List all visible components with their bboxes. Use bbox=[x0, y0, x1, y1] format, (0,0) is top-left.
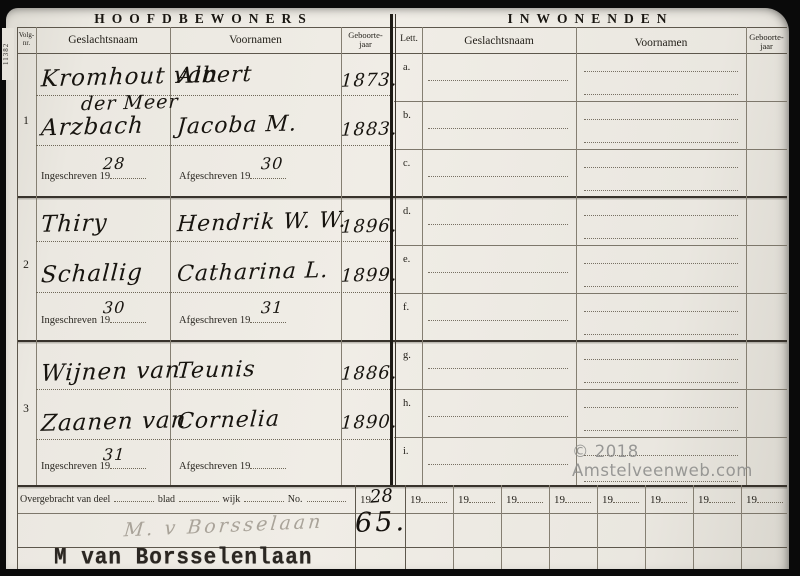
ingeschreven-text: Ingeschreven 19 bbox=[41, 461, 110, 472]
resident-record-row: 1 Kromhout van der Meer Arzbach Albert J… bbox=[17, 53, 390, 197]
entry-dotted-line bbox=[428, 272, 568, 273]
entry-dotted-line bbox=[584, 190, 738, 191]
grid-line bbox=[17, 27, 787, 28]
dotted-leader bbox=[757, 493, 783, 503]
dotted-leader bbox=[565, 493, 591, 503]
surname-entry: Wijnen van bbox=[40, 357, 181, 387]
dotted-leader bbox=[469, 493, 495, 503]
column-header-geslachtsnaam-right: Geslachtsnaam bbox=[422, 35, 576, 47]
lodger-row: g. bbox=[394, 341, 787, 389]
blad-label: blad bbox=[158, 494, 175, 505]
column-header-geboortejaar-left: Geboorte- jaar bbox=[341, 31, 390, 49]
entry-dotted-line bbox=[428, 416, 568, 417]
entry-dotted-line bbox=[428, 80, 568, 81]
birthyear-entry: 1873. bbox=[340, 69, 398, 92]
entry-dotted-line bbox=[584, 238, 738, 239]
year-column-cell: 19 bbox=[602, 493, 646, 506]
register-page: 11382 HOOFDBEWONERS INWONENDEN Volg- nr.… bbox=[6, 8, 789, 569]
lodger-letter: b. bbox=[403, 110, 411, 121]
column-header-voornamen-left: Voornamen bbox=[170, 34, 341, 46]
dotted-leader bbox=[244, 492, 283, 502]
lodger-letter: h. bbox=[403, 398, 411, 409]
dotted-leader bbox=[307, 492, 346, 502]
year-column-cell: 19 bbox=[506, 493, 550, 506]
ingeschreven-label: Ingeschreven 19 bbox=[41, 459, 146, 472]
resident-record-row: 2 Thiry Schallig Hendrik W. W. Catharina… bbox=[17, 197, 390, 341]
dotted-leader bbox=[179, 492, 218, 502]
column-header-geboortejaar-right: Geboorte- jaar bbox=[746, 33, 787, 51]
ingeschreven-text: Ingeschreven 19 bbox=[41, 171, 110, 182]
entry-dotted-line bbox=[36, 292, 390, 293]
ingeschreven-label: Ingeschreven 19 bbox=[41, 169, 146, 182]
surname-entry: Zaanen van bbox=[40, 407, 187, 437]
lodger-letter: a. bbox=[403, 62, 410, 73]
geboortejaar-right-line2: jaar bbox=[746, 42, 787, 51]
record-number: 3 bbox=[17, 403, 35, 415]
transfer-origin-row: Overgebracht van deel blad wijk No. bbox=[20, 492, 350, 505]
entry-dotted-line bbox=[36, 439, 390, 440]
entry-dotted-line bbox=[584, 359, 738, 360]
firstname-entry: Jacoba M. bbox=[176, 111, 298, 139]
lodger-letter: c. bbox=[403, 158, 410, 169]
column-header-lett: Lett. bbox=[396, 34, 422, 44]
entry-dotted-line bbox=[584, 119, 738, 120]
birthyear-entry: 1890. bbox=[340, 411, 398, 434]
surname-entry-continued: der Meer bbox=[80, 91, 179, 116]
watermark: © 2018 Amstelveenweb.com bbox=[572, 442, 789, 480]
column-header-voornamen-right: Voornamen bbox=[576, 37, 746, 49]
year-column-cell: 19 bbox=[410, 493, 454, 506]
entry-dotted-line bbox=[428, 224, 568, 225]
entry-dotted-line bbox=[584, 71, 738, 72]
section-title-hoofdbewoners: HOOFDBEWONERS bbox=[17, 11, 390, 27]
surname-entry: Thiry bbox=[40, 210, 108, 238]
year-label: 19 bbox=[458, 494, 469, 506]
afgeschreven-text: Afgeschreven 19 bbox=[179, 461, 250, 472]
year-label: 19 bbox=[554, 494, 565, 506]
firstname-entry: Cornelia bbox=[176, 407, 280, 435]
entry-dotted-line bbox=[584, 382, 738, 383]
lodger-row: b. bbox=[394, 101, 787, 149]
entry-dotted-line bbox=[428, 128, 568, 129]
entry-dotted-line bbox=[36, 145, 390, 146]
year-label: 19 bbox=[602, 494, 613, 506]
resident-record-row: 3 Wijnen van Zaanen van Teunis Cornelia … bbox=[17, 341, 390, 486]
column-header-geslachtsnaam-left: Geslachtsnaam bbox=[36, 34, 170, 46]
year-label: 19 bbox=[746, 494, 757, 506]
ingeschreven-year-entry: 28 bbox=[102, 154, 126, 174]
lodger-row: h. bbox=[394, 389, 787, 437]
no-label: No. bbox=[288, 494, 303, 505]
entry-dotted-line bbox=[584, 167, 738, 168]
dotted-leader bbox=[421, 493, 447, 503]
afgeschreven-text: Afgeschreven 19 bbox=[179, 171, 250, 182]
record-number: 2 bbox=[17, 259, 35, 271]
column-header-volgnr-line2: nr. bbox=[17, 40, 36, 48]
street-name-stamp: M van Borsselenlaan bbox=[54, 546, 312, 571]
ingeschreven-text: Ingeschreven 19 bbox=[41, 315, 110, 326]
house-number-entry: 65. bbox=[354, 506, 407, 539]
birthyear-entry: 1886. bbox=[340, 362, 398, 385]
record-number: 1 bbox=[17, 115, 35, 127]
entry-dotted-line bbox=[584, 94, 738, 95]
entry-dotted-line bbox=[584, 430, 738, 431]
transfer-year-entry: 28 bbox=[369, 485, 393, 508]
pencil-street-note: M. v Borsselaan bbox=[123, 511, 324, 542]
section-title-inwonenden: INWONENDEN bbox=[394, 11, 787, 27]
scanned-register-sheet: 11382 HOOFDBEWONERS INWONENDEN Volg- nr.… bbox=[0, 0, 800, 576]
dotted-leader bbox=[250, 459, 286, 469]
year-label: 19 bbox=[410, 494, 421, 506]
dotted-leader bbox=[517, 493, 543, 503]
entry-dotted-line bbox=[428, 368, 568, 369]
ingeschreven-year-entry: 31 bbox=[102, 445, 126, 465]
year-column-cell: 19 bbox=[650, 493, 694, 506]
dotted-leader bbox=[709, 493, 735, 503]
column-header-volgnr: Volg- nr. bbox=[17, 32, 36, 47]
entry-dotted-line bbox=[36, 241, 390, 242]
firstname-entry: Teunis bbox=[176, 357, 256, 384]
surname-entry: Schallig bbox=[40, 260, 144, 289]
lodger-row: a. bbox=[394, 53, 787, 101]
year-label: 19 bbox=[650, 494, 661, 506]
wijk-label: wijk bbox=[223, 494, 241, 505]
entry-dotted-line bbox=[428, 464, 568, 465]
lodger-letter: d. bbox=[403, 206, 411, 217]
entry-dotted-line bbox=[584, 311, 738, 312]
lodger-letter: e. bbox=[403, 254, 410, 265]
entry-dotted-line bbox=[584, 215, 738, 216]
entry-dotted-line bbox=[584, 481, 738, 482]
lodger-letter: i. bbox=[403, 446, 409, 457]
lodger-row: d. bbox=[394, 197, 787, 245]
year-column-cell: 19 bbox=[698, 493, 742, 506]
entry-dotted-line bbox=[584, 263, 738, 264]
afgeschreven-text: Afgeschreven 19 bbox=[179, 315, 250, 326]
lodger-letter: g. bbox=[403, 350, 411, 361]
year-column-cell: 19 bbox=[458, 493, 502, 506]
overgebracht-label: Overgebracht van deel bbox=[20, 494, 110, 505]
birthyear-entry: 1883. bbox=[340, 118, 398, 141]
lodger-letter: f. bbox=[403, 302, 409, 313]
dotted-leader bbox=[661, 493, 687, 503]
entry-dotted-line bbox=[36, 389, 390, 390]
afgeschreven-label: Afgeschreven 19 bbox=[179, 459, 286, 472]
entry-dotted-line bbox=[584, 286, 738, 287]
year-column-cell: 19 bbox=[746, 493, 790, 506]
entry-dotted-line bbox=[584, 407, 738, 408]
entry-dotted-line bbox=[584, 142, 738, 143]
firstname-entry: Albert bbox=[176, 62, 253, 89]
ingeschreven-label: Ingeschreven 19 bbox=[41, 313, 146, 326]
geboortejaar-left-line2: jaar bbox=[341, 40, 390, 49]
ingeschreven-year-entry: 30 bbox=[102, 298, 126, 318]
surname-entry: Arzbach bbox=[40, 113, 144, 142]
entry-dotted-line bbox=[428, 176, 568, 177]
birthyear-entry: 1896. bbox=[340, 215, 398, 238]
birthyear-entry: 1899. bbox=[340, 264, 398, 287]
entry-dotted-line bbox=[428, 320, 568, 321]
afgeschreven-year-entry: 30 bbox=[260, 154, 284, 174]
dotted-leader bbox=[613, 493, 639, 503]
year-label: 19 bbox=[506, 494, 517, 506]
dotted-leader bbox=[114, 492, 153, 502]
margin-serial-code: 11382 bbox=[2, 28, 14, 80]
lodger-row: f. bbox=[394, 293, 787, 341]
year-column-cell: 19 bbox=[554, 493, 598, 506]
entry-dotted-line bbox=[584, 334, 738, 335]
firstname-entry: Catharina L. bbox=[176, 258, 329, 287]
firstname-entry: Hendrik W. W. bbox=[176, 208, 347, 237]
lodger-row: c. bbox=[394, 149, 787, 197]
lodger-row: e. bbox=[394, 245, 787, 293]
year-label: 19 bbox=[698, 494, 709, 506]
afgeschreven-year-entry: 31 bbox=[260, 298, 284, 318]
